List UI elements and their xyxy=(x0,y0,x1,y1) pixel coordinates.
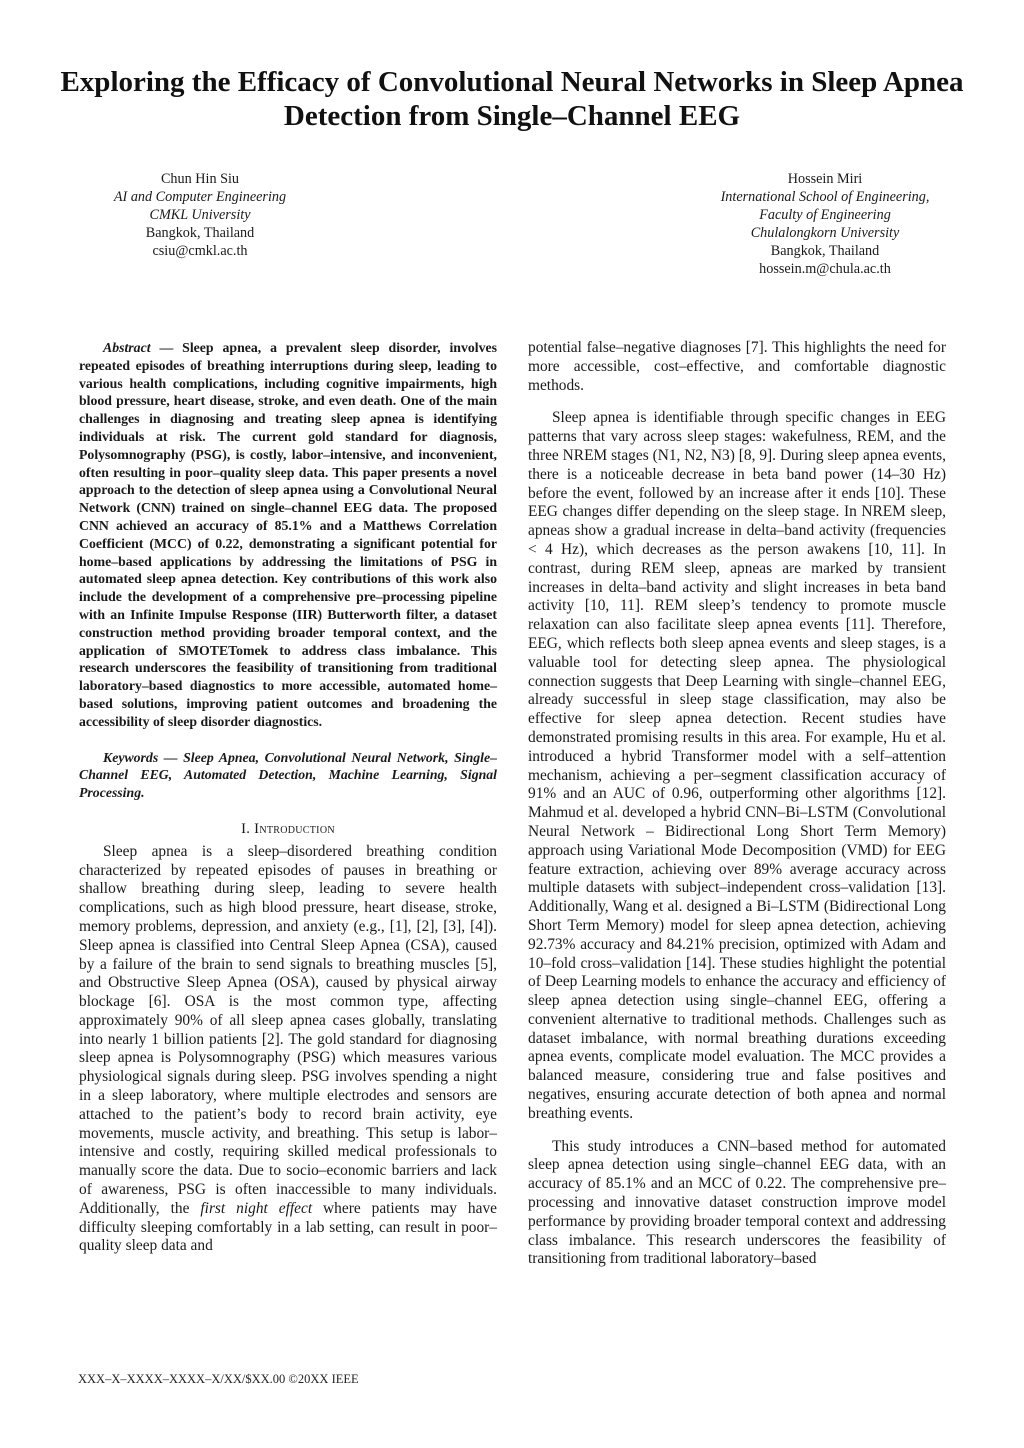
paragraph-text: Sleep apnea is a sleep–disordered breath… xyxy=(79,843,497,1217)
author-email: csiu@cmkl.ac.th xyxy=(90,242,310,260)
copyright-footer: XXX–X–XXXX–XXXX–X/XX/$XX.00 ©20XX IEEE xyxy=(78,1372,359,1387)
author-department: International School of Engineering, xyxy=(690,188,960,206)
abstract: Abstract — Sleep apnea, a prevalent slee… xyxy=(79,339,497,731)
author-email: hossein.m@chula.ac.th xyxy=(690,260,960,278)
intro-paragraph-2: Sleep apnea is identifiable through spec… xyxy=(528,409,946,1123)
right-column: potential false–negative diagnoses [7]. … xyxy=(528,339,946,1269)
emphasis-text: first night effect xyxy=(200,1200,312,1217)
author-faculty: Faculty of Engineering xyxy=(690,206,960,224)
keywords-label: Keywords xyxy=(103,750,158,765)
paper-title: Exploring the Efficacy of Convolutional … xyxy=(60,65,964,133)
intro-paragraph-3: This study introduces a CNN–based method… xyxy=(528,1138,946,1270)
keywords: Keywords — Sleep Apnea, Convolutional Ne… xyxy=(79,749,497,802)
author-department: AI and Computer Engineering xyxy=(90,188,310,206)
author-name: Chun Hin Siu xyxy=(90,170,310,188)
author-name: Hossein Miri xyxy=(690,170,960,188)
intro-paragraph-1: Sleep apnea is a sleep–disordered breath… xyxy=(79,843,497,1257)
author-institution: Chulalongkorn University xyxy=(690,224,960,242)
section-heading-introduction: I. Introduction xyxy=(79,820,497,839)
intro-paragraph-1-continued: potential false–negative diagnoses [7]. … xyxy=(528,339,946,395)
author-institution: CMKL University xyxy=(90,206,310,224)
abstract-separator: — xyxy=(151,340,183,355)
abstract-label: Abstract xyxy=(103,340,151,355)
author-block-1: Chun Hin Siu AI and Computer Engineering… xyxy=(90,170,310,260)
abstract-text: Sleep apnea, a prevalent sleep disorder,… xyxy=(79,340,497,729)
keywords-separator: — xyxy=(158,750,183,765)
author-location: Bangkok, Thailand xyxy=(90,224,310,242)
left-column: Abstract — Sleep apnea, a prevalent slee… xyxy=(79,339,497,1256)
author-location: Bangkok, Thailand xyxy=(690,242,960,260)
author-block-2: Hossein Miri International School of Eng… xyxy=(690,170,960,278)
